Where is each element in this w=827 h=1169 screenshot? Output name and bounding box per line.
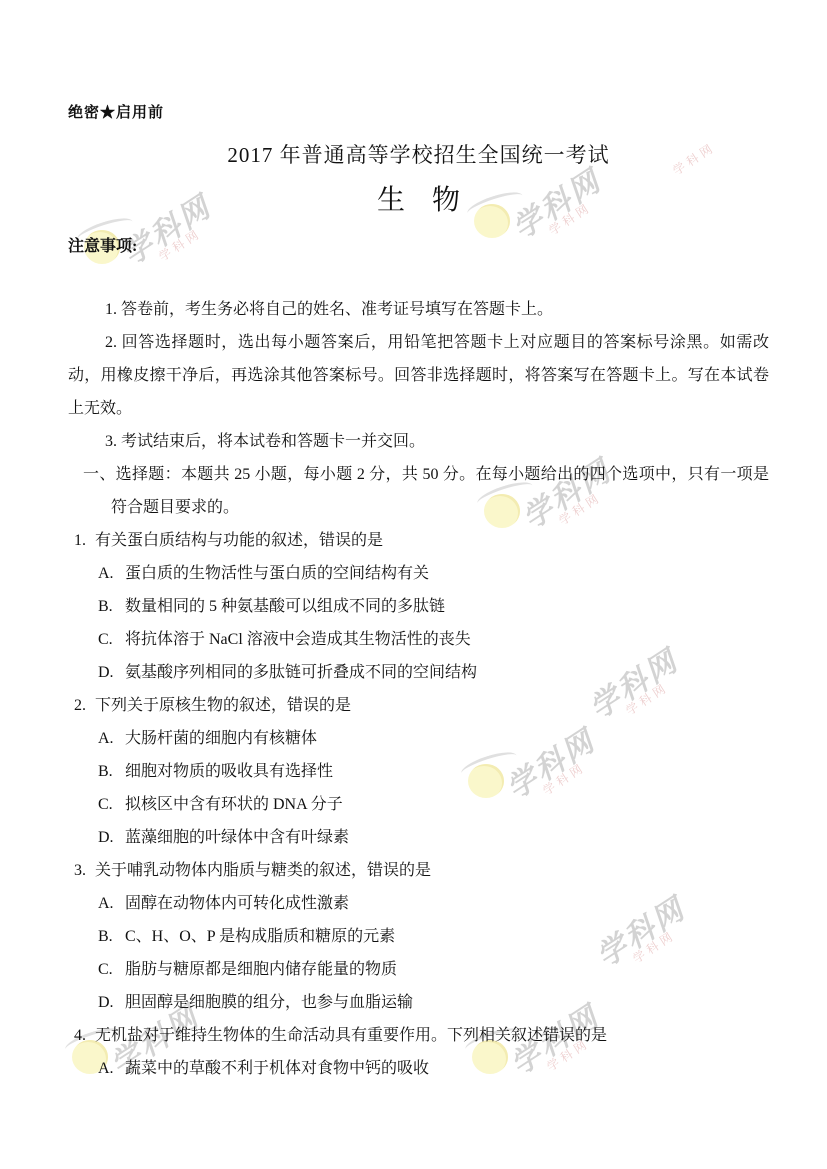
notice-item: 3. 考试结束后，将本试卷和答题卡一并交回。 bbox=[68, 425, 769, 458]
option-text: 将抗体溶于 NaCl 溶液中会造成其生物活性的丧失 bbox=[125, 631, 471, 648]
option-text: 数量相同的 5 种氨基酸可以组成不同的多肽链 bbox=[125, 598, 445, 615]
option-label: A. bbox=[98, 1052, 125, 1085]
option-label: C. bbox=[98, 953, 125, 986]
option-row: C.脂肪与糖原都是细胞内储存能量的物质 bbox=[68, 953, 769, 986]
exam-paper-page: 学科网 学科网 学科网 学科网 学科网 学科网 学科网 学科网 学科网 学科网 … bbox=[0, 0, 827, 1169]
question-number: 4. bbox=[74, 1019, 95, 1052]
option-row: A.大肠杆菌的细胞内有核糖体 bbox=[68, 722, 769, 755]
option-label: D. bbox=[98, 821, 125, 854]
question-number: 2. bbox=[74, 689, 95, 722]
option-label: B. bbox=[98, 755, 125, 788]
option-row: D.蓝藻细胞的叶绿体中含有叶绿素 bbox=[68, 821, 769, 854]
question-block: 2.下列关于原核生物的叙述，错误的是 A.大肠杆菌的细胞内有核糖体 B.细胞对物… bbox=[68, 689, 769, 854]
option-row: A.固醇在动物体内可转化成性激素 bbox=[68, 887, 769, 920]
option-text: 蓝藻细胞的叶绿体中含有叶绿素 bbox=[125, 829, 349, 846]
question-block: 1.有关蛋白质结构与功能的叙述，错误的是 A.蛋白质的生物活性与蛋白质的空间结构… bbox=[68, 524, 769, 689]
option-label: A. bbox=[98, 722, 125, 755]
option-row: C.将抗体溶于 NaCl 溶液中会造成其生物活性的丧失 bbox=[68, 623, 769, 656]
question-number: 3. bbox=[74, 854, 95, 887]
option-text: 拟核区中含有环状的 DNA 分子 bbox=[125, 796, 343, 813]
option-label: B. bbox=[98, 920, 125, 953]
option-label: D. bbox=[98, 656, 125, 689]
option-row: B.数量相同的 5 种氨基酸可以组成不同的多肽链 bbox=[68, 590, 769, 623]
exam-content: 绝密★启用前 2017 年普通高等学校招生全国统一考试 生 物 注意事项: 1.… bbox=[0, 0, 827, 1169]
option-text: C、H、O、P 是构成脂质和糖原的元素 bbox=[125, 928, 395, 945]
option-row: B.C、H、O、P 是构成脂质和糖原的元素 bbox=[68, 920, 769, 953]
question-stem: 有关蛋白质结构与功能的叙述，错误的是 bbox=[95, 532, 383, 549]
option-label: A. bbox=[98, 557, 125, 590]
option-label: C. bbox=[98, 788, 125, 821]
exam-title: 2017 年普通高等学校招生全国统一考试 bbox=[68, 142, 769, 168]
option-row: A.蛋白质的生物活性与蛋白质的空间结构有关 bbox=[68, 557, 769, 590]
question-number: 1. bbox=[74, 524, 95, 557]
option-text: 氨基酸序列相同的多肽链可折叠成不同的空间结构 bbox=[125, 664, 477, 681]
question-block: 4.无机盐对于维持生物体的生命活动具有重要作用。下列相关叙述错误的是 A.蔬菜中… bbox=[68, 1019, 769, 1085]
question-stem-row: 1.有关蛋白质结构与功能的叙述，错误的是 bbox=[68, 524, 769, 557]
option-label: A. bbox=[98, 887, 125, 920]
question-stem: 无机盐对于维持生物体的生命活动具有重要作用。下列相关叙述错误的是 bbox=[95, 1027, 607, 1044]
exam-subject: 生 物 bbox=[68, 185, 769, 217]
option-text: 蔬菜中的草酸不利于机体对食物中钙的吸收 bbox=[125, 1060, 429, 1077]
notice-item: 2. 回答选择题时，选出每小题答案后，用铅笔把答题卡上对应题目的答案标号涂黑。如… bbox=[68, 326, 769, 425]
question-stem-row: 4.无机盐对于维持生物体的生命活动具有重要作用。下列相关叙述错误的是 bbox=[68, 1019, 769, 1052]
option-text: 固醇在动物体内可转化成性激素 bbox=[125, 895, 349, 912]
option-label: B. bbox=[98, 590, 125, 623]
option-row: D.氨基酸序列相同的多肽链可折叠成不同的空间结构 bbox=[68, 656, 769, 689]
option-row: D.胆固醇是细胞膜的组分，也参与血脂运输 bbox=[68, 986, 769, 1019]
notice-item: 1. 答卷前，考生务必将自己的姓名、准考证号填写在答题卡上。 bbox=[68, 293, 769, 326]
question-stem-row: 3.关于哺乳动物体内脂质与糖类的叙述，错误的是 bbox=[68, 854, 769, 887]
option-text: 脂肪与糖原都是细胞内储存能量的物质 bbox=[125, 961, 397, 978]
notice-label: 注意事项: bbox=[68, 230, 769, 263]
option-text: 细胞对物质的吸收具有选择性 bbox=[125, 763, 333, 780]
question-block: 3.关于哺乳动物体内脂质与糖类的叙述，错误的是 A.固醇在动物体内可转化成性激素… bbox=[68, 854, 769, 1019]
option-text: 胆固醇是细胞膜的组分，也参与血脂运输 bbox=[125, 994, 413, 1011]
option-label: D. bbox=[98, 986, 125, 1019]
question-stem: 关于哺乳动物体内脂质与糖类的叙述，错误的是 bbox=[95, 862, 431, 879]
option-label: C. bbox=[98, 623, 125, 656]
option-text: 蛋白质的生物活性与蛋白质的空间结构有关 bbox=[125, 565, 429, 582]
section-heading: 一、选择题：本题共 25 小题，每小题 2 分，共 50 分。在每小题给出的四个… bbox=[68, 458, 769, 524]
option-row: C.拟核区中含有环状的 DNA 分子 bbox=[68, 788, 769, 821]
option-row: A.蔬菜中的草酸不利于机体对食物中钙的吸收 bbox=[68, 1052, 769, 1085]
option-row: B.细胞对物质的吸收具有选择性 bbox=[68, 755, 769, 788]
question-stem-row: 2.下列关于原核生物的叙述，错误的是 bbox=[68, 689, 769, 722]
question-stem: 下列关于原核生物的叙述，错误的是 bbox=[95, 697, 351, 714]
option-text: 大肠杆菌的细胞内有核糖体 bbox=[125, 730, 317, 747]
classification-banner: 绝密★启用前 bbox=[68, 104, 769, 122]
